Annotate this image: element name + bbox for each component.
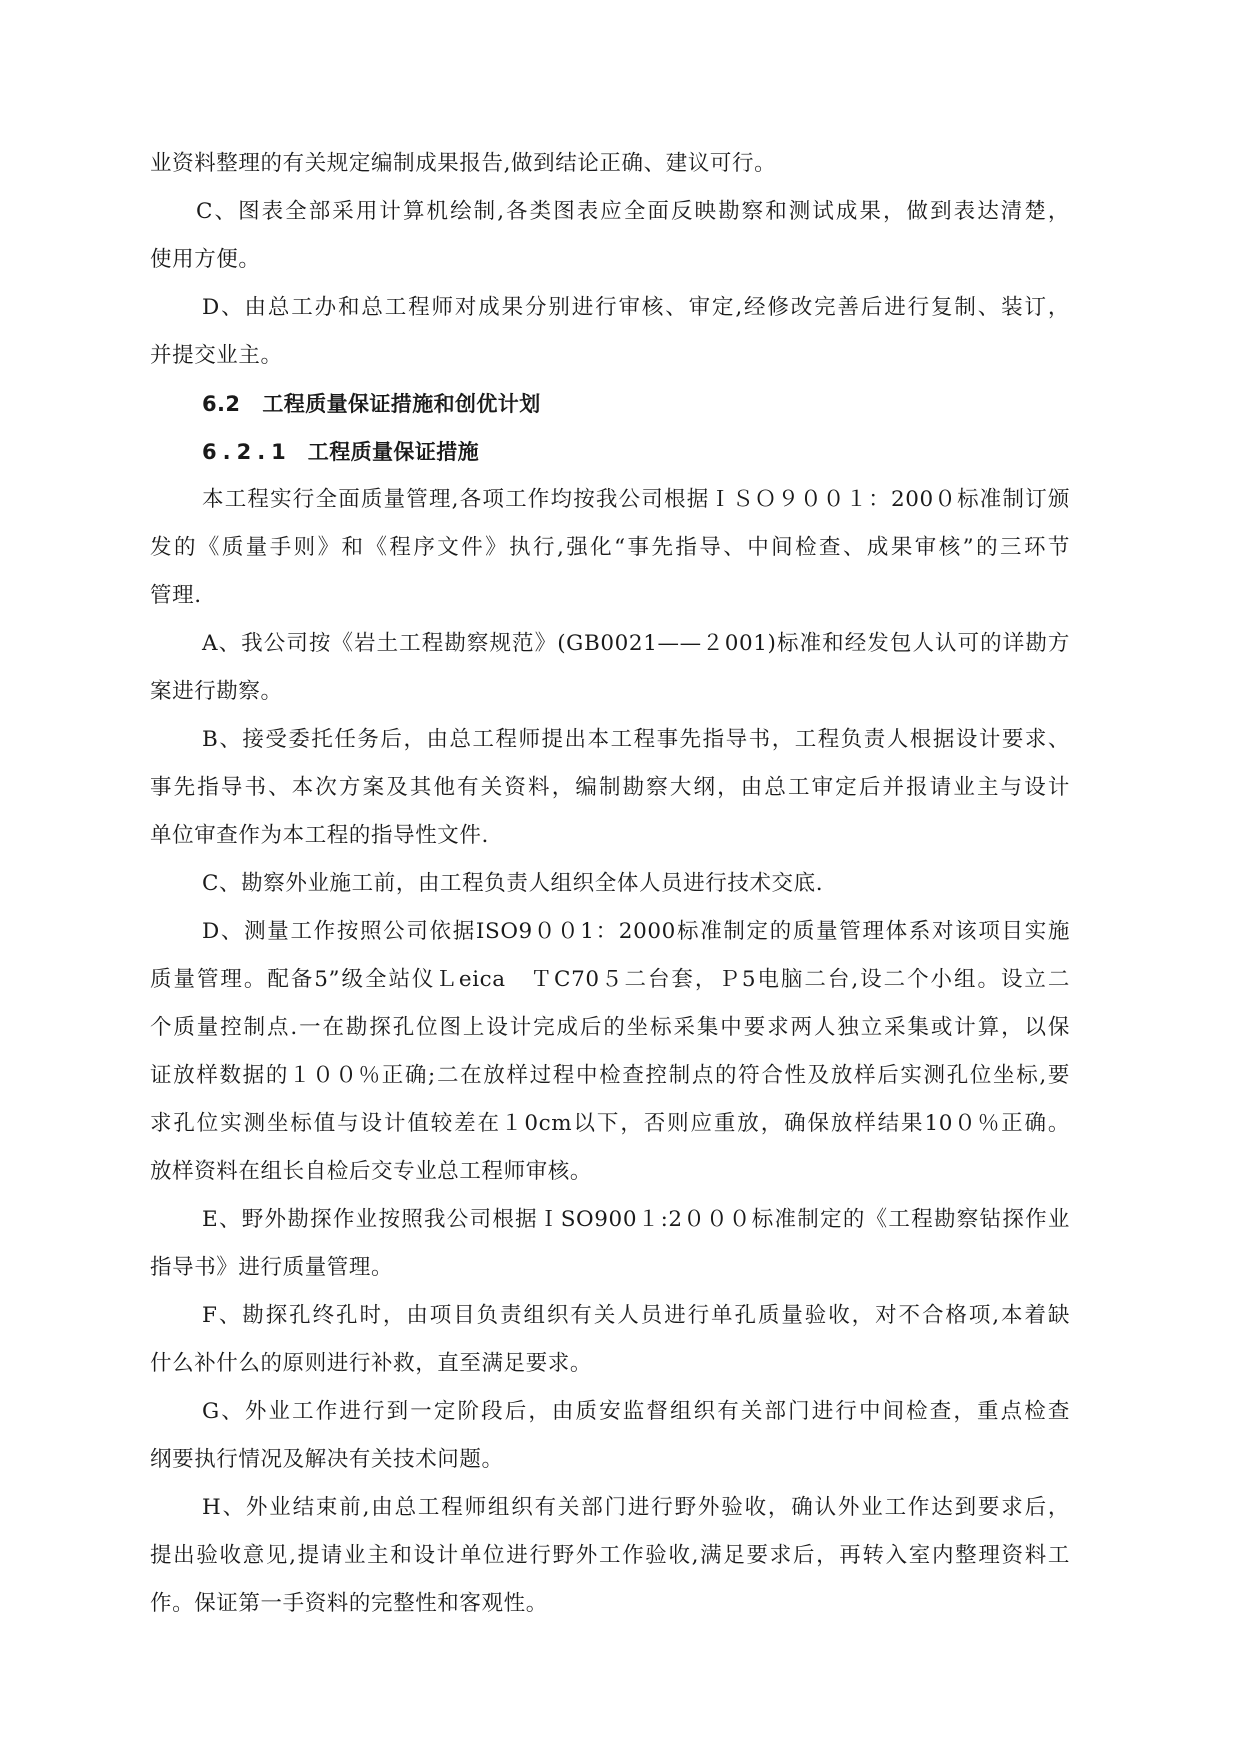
paragraph-line: 发的《质量手则》和《程序文件》执行,强化“事先指导、中间检查、成果审核”的三环节 [150,524,1070,572]
paragraph-line: 使用方便。 [150,236,1070,284]
paragraph-line: 质量管理。配备5”级全站仪Ｌeica ＴC70５二台套，Ｐ5电脑二台,设二个小组… [150,956,1070,1004]
paragraph-line: 证放样数据的１００％正确;二在放样过程中检查控制点的符合性及放样后实测孔位坐标,… [150,1052,1070,1100]
paragraph-line: 并提交业主。 [150,332,1070,380]
paragraph-line: 业资料整理的有关规定编制成果报告,做到结论正确、建议可行。 [150,140,1070,188]
paragraph-line: 本工程实行全面质量管理,各项工作均按我公司根据ＩＳＯ９００１：200０标准制订颁 [150,476,1070,524]
paragraph-line: 指导书》进行质量管理。 [150,1244,1070,1292]
paragraph-line: 求孔位实测坐标值与设计值较差在１0cm以下，否则应重放，确保放样结果10０％正确… [150,1100,1070,1148]
paragraph-line: 提出验收意见,提请业主和设计单位进行野外工作验收,满足要求后，再转入室内整理资料… [150,1532,1070,1580]
paragraph-line: 单位审查作为本工程的指导性文件. [150,812,1070,860]
paragraph-line: 事先指导书、本次方案及其他有关资料，编制勘察大纲，由总工审定后并报请业主与设计 [150,764,1070,812]
paragraph-line: C、勘察外业施工前，由工程负责人组织全体人员进行技术交底. [150,860,1070,908]
paragraph-line: 纲要执行情况及解决有关技术问题。 [150,1436,1070,1484]
document-page: 业资料整理的有关规定编制成果报告,做到结论正确、建议可行。 C、图表全部采用计算… [150,140,1070,1628]
paragraph-line: 什么补什么的原则进行补救，直至满足要求。 [150,1340,1070,1388]
paragraph-line: E、野外勘探作业按照我公司根据ＩSO900１:2０００标准制定的《工程勘察钻探作… [150,1196,1070,1244]
paragraph-line: A、我公司按《岩土工程勘察规范》(GB0021——２001)标准和经发包人认可的… [150,620,1070,668]
section-title: 工程质量保证措施和创优计划 [262,392,540,416]
paragraph-line: B、接受委托任务后，由总工程师提出本工程事先指导书，工程负责人根据设计要求、 [150,716,1070,764]
paragraph-line: 放样资料在组长自检后交专业总工程师审核。 [150,1148,1070,1196]
paragraph-line: 作。保证第一手资料的完整性和客观性。 [150,1580,1070,1628]
paragraph-line: F、勘探孔终孔时，由项目负责组织有关人员进行单孔质量验收，对不合格项,本着缺 [150,1292,1070,1340]
paragraph-line: 案进行勘察。 [150,668,1070,716]
paragraph-line: D、测量工作按照公司依据ISO9００1：2000标准制定的质量管理体系对该项目实… [150,908,1070,956]
paragraph-line: 个质量控制点.一在勘探孔位图上设计完成后的坐标采集中要求两人独立采集或计算，以保 [150,1004,1070,1052]
subsection-heading: 6.2.1工程质量保证措施 [150,428,1070,476]
subsection-title: 工程质量保证措施 [308,440,479,464]
section-heading: 6.2工程质量保证措施和创优计划 [150,380,1070,428]
paragraph-line: H、外业结束前,由总工程师组织有关部门进行野外验收，确认外业工作达到要求后， [150,1484,1070,1532]
subsection-number: 6.2.1 [202,440,292,464]
paragraph-line: G、外业工作进行到一定阶段后，由质安监督组织有关部门进行中间检查，重点检查 [150,1388,1070,1436]
paragraph-line: 管理. [150,572,1070,620]
paragraph-line: D、由总工办和总工程师对成果分别进行审核、审定,经修改完善后进行复制、装订， [150,284,1070,332]
paragraph-line: C、图表全部采用计算机绘制,各类图表应全面反映勘察和测试成果，做到表达清楚， [150,188,1070,236]
section-number: 6.2 [202,392,240,416]
